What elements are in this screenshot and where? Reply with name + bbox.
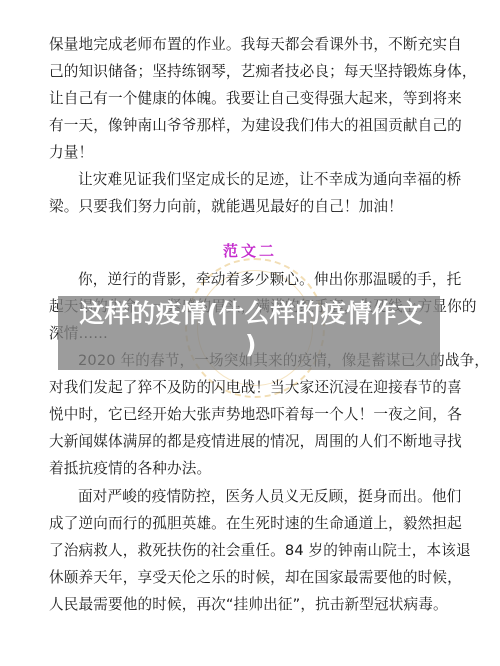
body-line: 梁。只要我们努力向前，就能遇见最好的自己！加油！: [49, 197, 453, 217]
body-line: 成了逆向而行的孤胆英雄。在生死时速的生命通道上，毅然担起: [49, 514, 453, 534]
body-line: 力量！: [49, 143, 453, 163]
overlay-title-line-2: ): [66, 329, 436, 360]
body-line: 大新闻媒体满屏的都是疫情进展的情况，周围的人们不断地寻找: [49, 432, 453, 452]
body-line: 让灾难见证我们坚定成长的足迹，让不幸成为通向幸福的桥: [78, 170, 453, 190]
body-line: 人民最需要他的时候，再次“挂帅出征”，抗击新型冠状病毒。: [49, 595, 453, 615]
body-line: 你，逆行的背影，牵动着多少颗心。伸出你那温暖的手，托: [78, 270, 453, 290]
body-line: 保量地完成老师布置的作业。我每天都会看课外书，不断充实自: [49, 35, 453, 55]
overlay-title: 这样的疫情(什么样的疫情作文 ): [66, 298, 436, 360]
document-page: 保量地完成老师布置的作业。我每天都会看课外书，不断充实自 己的知识储备；坚持练钢…: [0, 0, 500, 666]
body-line: 让自己有一个健康的体魄。我要让自己变得强大起来，等到将来: [49, 89, 453, 109]
body-line: 悦中时，它已经开始大张声势地恐吓着每一个人！一夜之间，各: [49, 405, 453, 425]
overlay-title-line-1: 这样的疫情(什么样的疫情作文: [66, 298, 436, 329]
body-line: 面对严峻的疫情防控，医务人员义无反顾，挺身而出。他们: [78, 487, 453, 507]
body-line: 着抵抗疫情的各种办法。: [49, 459, 453, 479]
body-line: 对我们发起了猝不及防的闪电战！当大家还沉浸在迎接春节的喜: [49, 378, 453, 398]
body-line: 有一天，像钟南山爷爷那样，为建设我们伟大的祖国贡献自己的: [49, 116, 453, 136]
body-line: 了治病救人，救死扶伤的社会重任。84 岁的钟南山院士，本该退: [49, 541, 453, 561]
body-line: 休颐养天年，享受天伦之乐的时候，却在国家最需要他的时候，: [49, 568, 453, 588]
body-line: 己的知识储备；坚持练钢琴，艺痴者技必良；每天坚持锻炼身体，: [49, 62, 453, 82]
